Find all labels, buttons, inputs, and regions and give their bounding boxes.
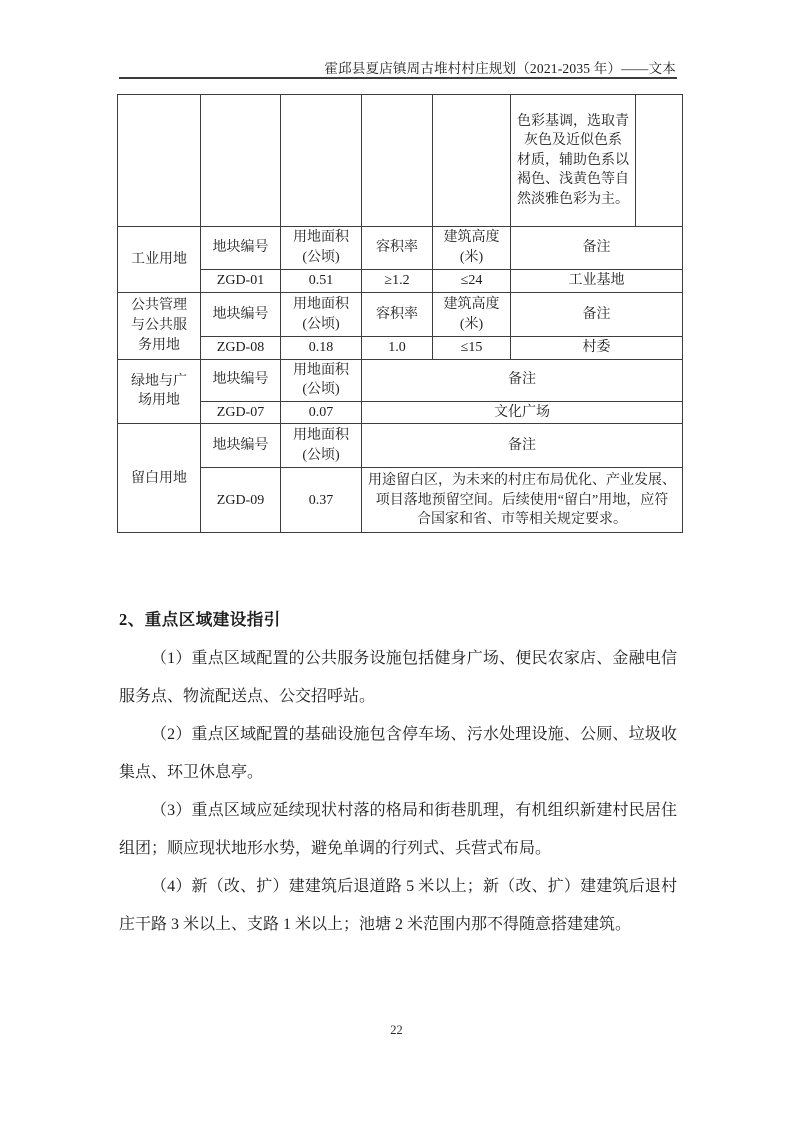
col-header-far: 容积率	[362, 227, 433, 270]
col-header-plot-code: 地块编号	[201, 424, 281, 468]
remark-cell: 村委	[511, 337, 683, 360]
far-cell: ≥1.2	[362, 270, 433, 293]
table-row-header-industrial: 工业用地 地块编号 用地面积 (公顷) 容积率 建筑高度 (米) 备注	[118, 227, 683, 270]
header-divider	[119, 77, 677, 79]
continuation-note-cell: 色彩基调，选取青 灰色及近似色系 材质，辅助色系以 褐色、浅黄色等自 然淡雅色彩…	[511, 95, 636, 227]
empty-cell	[281, 95, 362, 227]
col-header-area: 用地面积 (公顷)	[281, 359, 362, 401]
col-header-remark: 备注	[362, 424, 683, 468]
table-row-zgd01: ZGD-01 0.51 ≥1.2 ≤24 工业基地	[118, 270, 683, 293]
empty-cell	[433, 95, 511, 227]
height-cell: ≤15	[433, 337, 511, 360]
section-name-reserved: 留白用地	[118, 424, 201, 533]
height-cell: ≤24	[433, 270, 511, 293]
land-use-control-table: 色彩基调，选取青 灰色及近似色系 材质，辅助色系以 褐色、浅黄色等自 然淡雅色彩…	[117, 94, 683, 533]
plot-code-cell: ZGD-01	[201, 270, 281, 293]
col-header-area: 用地面积 (公顷)	[281, 227, 362, 270]
empty-cell	[362, 95, 433, 227]
col-header-plot-code: 地块编号	[201, 359, 281, 401]
table-row-zgd08: ZGD-08 0.18 1.0 ≤15 村委	[118, 337, 683, 360]
section-name-industrial: 工业用地	[118, 227, 201, 293]
area-cell: 0.51	[281, 270, 362, 293]
col-header-plot-code: 地块编号	[201, 293, 281, 337]
area-cell: 0.37	[281, 468, 362, 533]
paragraph-2: （2）重点区域配置的基础设施包含停车场、污水处理设施、公厕、垃圾收集点、环卫休息…	[119, 716, 677, 792]
section-heading: 2、重点区域建设指引	[119, 606, 281, 630]
body-text-block: （1）重点区域配置的公共服务设施包括健身广场、便民农家店、金融电信服务点、物流配…	[119, 640, 677, 944]
empty-cell	[201, 95, 281, 227]
remark-cell: 文化广场	[362, 401, 683, 424]
empty-cell	[636, 95, 683, 227]
plot-code-cell: ZGD-08	[201, 337, 281, 360]
col-header-building-height: 建筑高度 (米)	[433, 227, 511, 270]
table-row-zgd09: ZGD-09 0.37 用途留白区，为未来的村庄布局优化、产业发展、 项目落地预…	[118, 468, 683, 533]
paragraph-4: （4）新（改、扩）建建筑后退道路 5 米以上；新（改、扩）建建筑后退村庄干路 3…	[119, 868, 677, 944]
plot-code-cell: ZGD-09	[201, 468, 281, 533]
empty-cell	[118, 95, 201, 227]
area-cell: 0.18	[281, 337, 362, 360]
table-row-header-green: 绿地与广 场用地 地块编号 用地面积 (公顷) 备注	[118, 359, 683, 401]
table-row-zgd07: ZGD-07 0.07 文化广场	[118, 401, 683, 424]
col-header-plot-code: 地块编号	[201, 227, 281, 270]
col-header-area: 用地面积 (公顷)	[281, 424, 362, 468]
col-header-building-height: 建筑高度 (米)	[433, 293, 511, 337]
document-page: 霍邱县夏店镇周古堆村村庄规划（2021-2035 年）——文本 色彩基调，选取青…	[0, 0, 793, 1122]
plot-code-cell: ZGD-07	[201, 401, 281, 424]
remark-cell: 工业基地	[511, 270, 683, 293]
table-row-continuation: 色彩基调，选取青 灰色及近似色系 材质，辅助色系以 褐色、浅黄色等自 然淡雅色彩…	[118, 95, 683, 227]
paragraph-3: （3）重点区域应延续现状村落的格局和街巷肌理，有机组织新建村民居住组团；顺应现状…	[119, 792, 677, 868]
col-header-remark: 备注	[511, 227, 683, 270]
col-header-remark: 备注	[511, 293, 683, 337]
col-header-far: 容积率	[362, 293, 433, 337]
col-header-remark: 备注	[362, 359, 683, 401]
far-cell: 1.0	[362, 337, 433, 360]
paragraph-1: （1）重点区域配置的公共服务设施包括健身广场、便民农家店、金融电信服务点、物流配…	[119, 640, 677, 716]
remark-cell: 用途留白区，为未来的村庄布局优化、产业发展、 项目落地预留空间。后续使用“留白”…	[362, 468, 683, 533]
page-number: 22	[0, 1023, 793, 1038]
table-row-header-reserved: 留白用地 地块编号 用地面积 (公顷) 备注	[118, 424, 683, 468]
section-name-green-square: 绿地与广 场用地	[118, 359, 201, 424]
col-header-area: 用地面积 (公顷)	[281, 293, 362, 337]
area-cell: 0.07	[281, 401, 362, 424]
section-name-public-service: 公共管理 与公共服 务用地	[118, 293, 201, 360]
running-header-title: 霍邱县夏店镇周古堆村村庄规划（2021-2035 年）——文本	[119, 57, 676, 77]
table-row-header-public: 公共管理 与公共服 务用地 地块编号 用地面积 (公顷) 容积率 建筑高度 (米…	[118, 293, 683, 337]
